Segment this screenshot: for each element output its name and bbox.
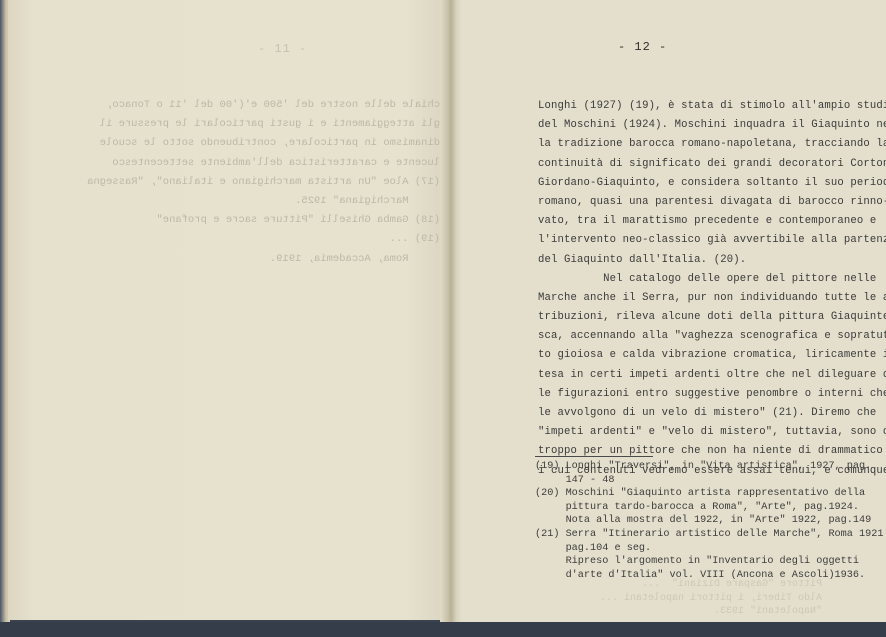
book-gutter xyxy=(440,0,462,627)
text-line: sca, accennando alla "vaghezza scenograf… xyxy=(538,327,886,346)
text-line: Nel catalogo delle opere del pittore nel… xyxy=(538,270,886,289)
text-line: troppo per un pittore che non ha niente … xyxy=(538,442,886,461)
left-page-bleedthrough-text: chiale delle nostre del '500 e'('00 del … xyxy=(87,96,440,269)
text-line: continuità di significato dei grandi dec… xyxy=(538,155,886,174)
text-line: la tradizione barocca romano-napoletana,… xyxy=(538,135,886,154)
right-page-body-text: Longhi (1927) (19), è stata di stimolo a… xyxy=(538,97,886,481)
footnote-line: Nota alla mostra del 1922, in "Arte" 192… xyxy=(535,514,885,528)
footnote-line: (21) Serra "Itinerario artistico delle M… xyxy=(535,528,885,542)
text-line: romano, quasi una parentesi divagata di … xyxy=(538,193,886,212)
ghost-text-line: (17) Aloe "Un artista marchigiano e ital… xyxy=(87,173,440,192)
text-line: tribuzioni, rileva alcune doti della pit… xyxy=(538,308,886,327)
text-line: del Giaquinto dall'Italia. (20). xyxy=(538,251,886,270)
text-line: vato, tra il marattismo precedente e con… xyxy=(538,212,886,231)
right-page-number: - 12 - xyxy=(618,40,667,54)
footnote-line: Ripreso l'argomento in "Inventario degli… xyxy=(535,555,885,569)
ghost-text-line: Roma, Accademia, 1919. xyxy=(87,250,440,269)
footnote-line: 147 - 48 xyxy=(535,474,885,488)
text-line: Giordano-Giaquinto, e considera soltanto… xyxy=(538,174,886,193)
text-line: Longhi (1927) (19), è stata di stimolo a… xyxy=(538,97,886,116)
text-line: del Moschini (1924). Moschini inquadra i… xyxy=(538,116,886,135)
text-line: tesa in certi impeti ardenti oltre che n… xyxy=(538,366,886,385)
right-page-bleedthrough-footnotes: Pittore "Gaspare Diziani" ...Aldo Tiberi… xyxy=(600,578,822,619)
ghost-text-line: Pittore "Gaspare Diziani" ... xyxy=(600,578,822,592)
ghost-text-line: Marchigiana" 1925. xyxy=(87,192,440,211)
footnote-separator xyxy=(535,456,653,457)
text-line: Marche anche il Serra, pur non individua… xyxy=(538,289,886,308)
ghost-text-line: Aldo Tiberi, i pittori napoletani ... xyxy=(600,592,822,606)
footnote-line: (20) Moschini "Giaquinto artista rappres… xyxy=(535,487,885,501)
text-line: le figurazioni entro suggestive penombre… xyxy=(538,385,886,404)
text-line: to gioiosa e calda vibrazione cromatica,… xyxy=(538,346,886,365)
footnotes: (19) Longhi "Traversi", in "Vita artisti… xyxy=(535,460,885,582)
footnote-line: pag.104 e seg. xyxy=(535,542,885,556)
ghost-text-line: dinamismo in particolare, contribuendo s… xyxy=(87,134,440,153)
footnote-line: pittura tardo-barocca a Roma", "Arte", p… xyxy=(535,501,885,515)
ghost-text-line: "Napoletani" 1933. xyxy=(600,605,822,619)
ghost-text-line: (18) Gamba Ghiselli "Pitture sacre e pro… xyxy=(87,211,440,230)
ghost-text-line: lucente e caratteristica dell'ambiente s… xyxy=(87,154,440,173)
ghost-text-line: (19) ... xyxy=(87,230,440,249)
footnote-line: (19) Longhi "Traversi", in "Vita artisti… xyxy=(535,460,885,474)
text-line: l'intervento neo-classico già avvertibil… xyxy=(538,231,886,250)
text-line: le avvolgono di un velo di mistero" (21)… xyxy=(538,404,886,423)
left-page-number: - 11 - xyxy=(258,42,307,56)
ghost-text-line: chiale delle nostre del '500 e'('00 del … xyxy=(87,96,440,115)
left-page: - 11 - chiale delle nostre del '500 e'('… xyxy=(8,0,450,620)
text-line: "impeti ardenti" e "velo di mistero", tu… xyxy=(538,423,886,442)
scanner-background xyxy=(0,622,886,637)
open-book-spread: - 11 - chiale delle nostre del '500 e'('… xyxy=(0,0,886,627)
ghost-text-line: gli atteggiamenti e i gusti particolari … xyxy=(87,115,440,134)
